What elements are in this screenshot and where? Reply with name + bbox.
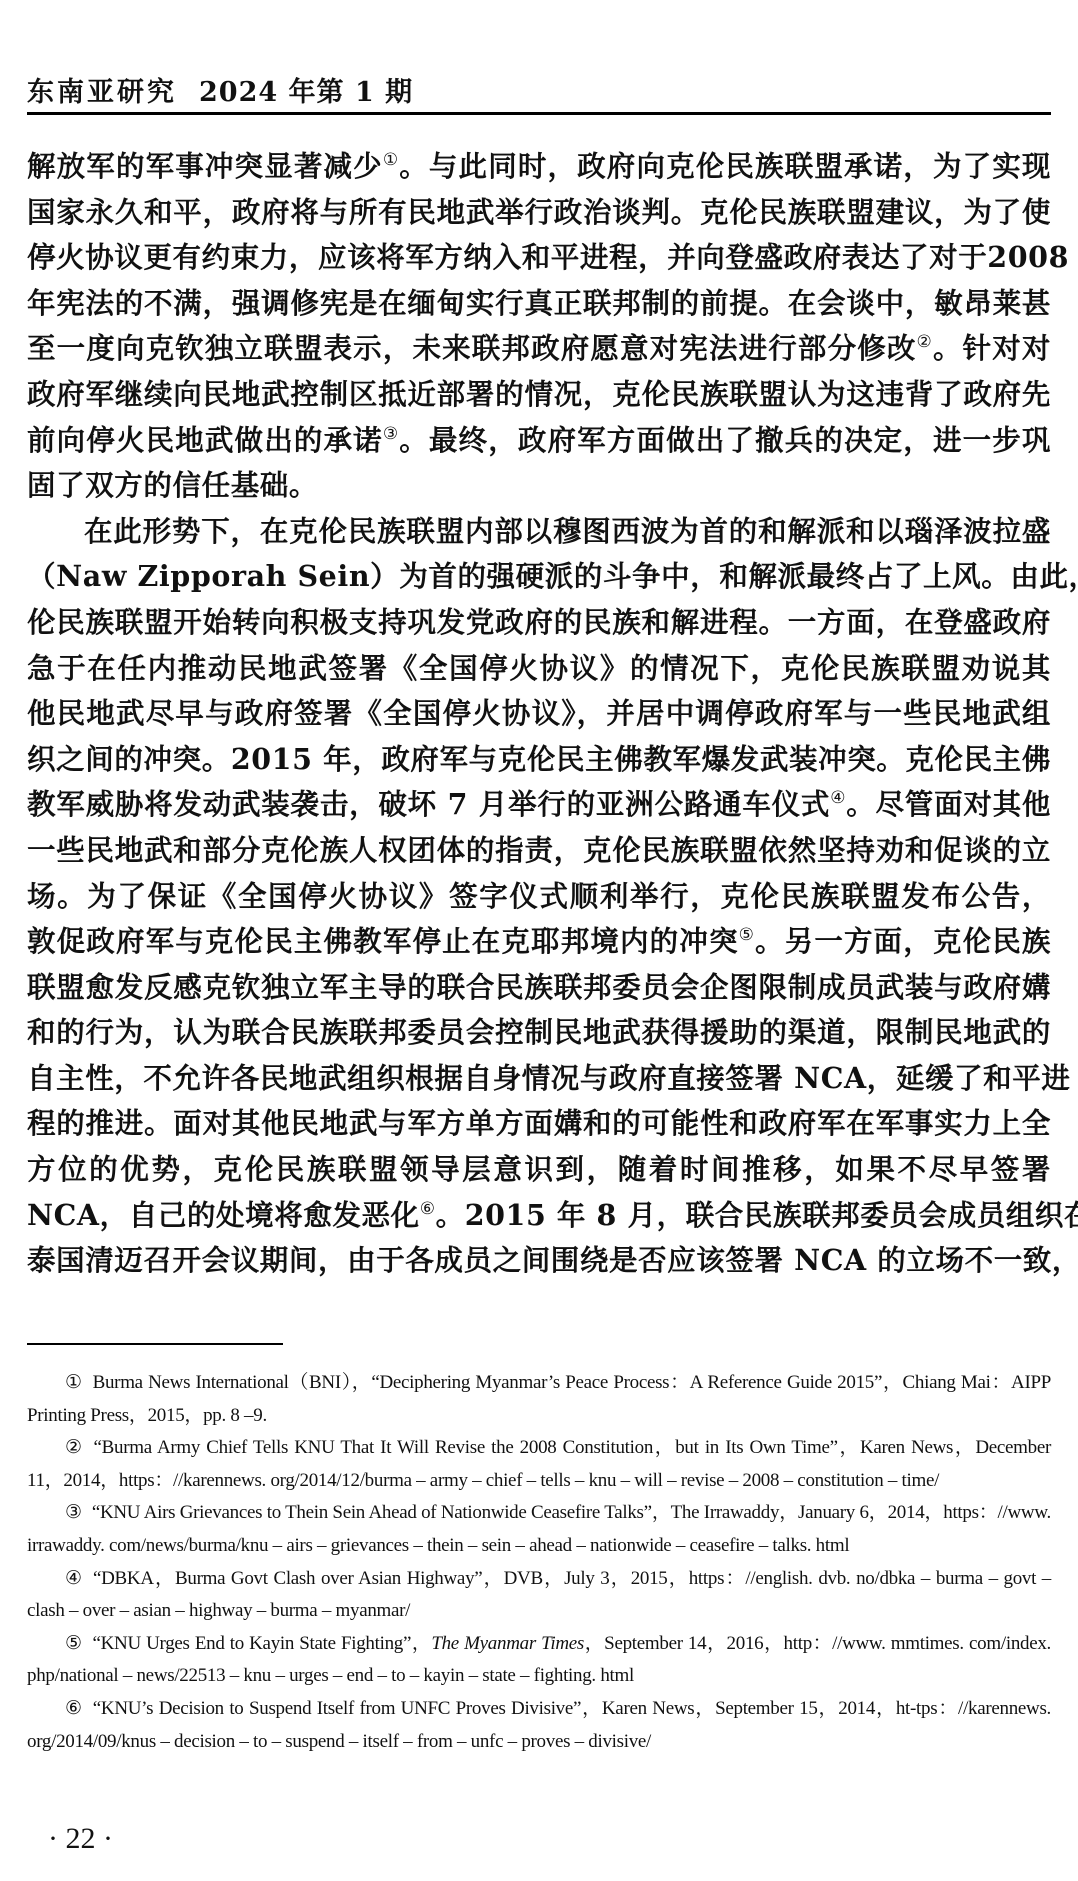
footnote-marker: ④: [65, 1568, 83, 1589]
journal-title: 东南亚研究: [27, 77, 177, 108]
footnote-marker: ⑤: [65, 1633, 83, 1654]
footnote-marker: ③: [65, 1502, 82, 1523]
text-line: 他民地武尽早与政府签署《全国停火协议》，并居中调停政府军与一些民地武组: [27, 691, 1051, 737]
text-line: 政府军继续向民地武控制区抵近部署的情况，克伦民族联盟认为这违背了政府先: [27, 372, 1051, 418]
text-line: 停火协议更有约束力，应该将军方纳入和平进程，并向登盛政府表达了对于2008: [27, 235, 1051, 281]
running-head: 东南亚研究2024 年第 1 期: [27, 70, 413, 109]
footnote-item: ③“KNU Airs Grievances to Thein Sein Ahea…: [27, 1497, 1051, 1562]
footnote-item: ⑤“KNU Urges End to Kayin State Fighting”…: [27, 1628, 1051, 1693]
footnote-text: “Burma Army Chief Tells KNU That It Will…: [27, 1437, 1051, 1491]
text-line: 敦促政府军与克伦民主佛教军停止在克耶邦境内的冲突⑤。另一方面，克伦民族: [27, 919, 1051, 965]
page-number: · 22 ·: [48, 1822, 113, 1856]
footnote-text: Burma News International（BNI），“Decipheri…: [27, 1372, 1051, 1426]
footnote-text: “KNU Urges End to Kayin State Fighting”，: [93, 1633, 432, 1654]
footnote-reference[interactable]: ⑥: [420, 1199, 436, 1219]
text-line: 自主性，不允许各民地武组织根据自身情况与政府直接签署 NCA，延缓了和平进: [27, 1056, 1051, 1102]
header-rule: [27, 112, 1051, 115]
text-line: 至一度向克钦独立联盟表示，未来联邦政府愿意对宪法进行部分修改②。针对对: [27, 326, 1051, 372]
text-line: 在此形势下，在克伦民族联盟内部以穆图西波为首的和解派和以瑙泽波拉盛: [27, 509, 1051, 555]
footnote-text: “DBKA，Burma Govt Clash over Asian Highwa…: [27, 1568, 1051, 1622]
footnote-reference[interactable]: ①: [383, 150, 399, 170]
footnote-item: ①Burma News International（BNI），“Decipher…: [27, 1367, 1051, 1432]
issue-label: 2024 年第 1 期: [199, 77, 413, 108]
text-line: 年宪法的不满，强调修宪是在缅甸实行真正联邦制的前提。在会谈中，敏昂莱甚: [27, 281, 1051, 327]
footnote-marker: ⑥: [65, 1698, 83, 1719]
text-line: 场。为了保证《全国停火协议》签字仪式顺利举行，克伦民族联盟发布公告，: [27, 874, 1051, 920]
body-paragraph: 在此形势下，在克伦民族联盟内部以穆图西波为首的和解派和以瑙泽波拉盛（Naw Zi…: [27, 509, 1051, 1284]
text-line: 一些民地武和部分克伦族人权团体的指责，克伦民族联盟依然坚持劝和促谈的立: [27, 828, 1051, 874]
text-line: 联盟愈发反感克钦独立军主导的联合民族联邦委员会企图限制成员武装与政府媾: [27, 965, 1051, 1011]
footnote-text: “KNU’s Decision to Suspend Itself from U…: [27, 1698, 1051, 1752]
footnote-reference[interactable]: ③: [383, 424, 399, 444]
text-line: 急于在任内推动民地武签署《全国停火协议》的情况下，克伦民族联盟劝说其: [27, 646, 1051, 692]
footnote-separator: [27, 1343, 283, 1345]
footnote-text: “KNU Airs Grievances to Thein Sein Ahead…: [27, 1502, 1051, 1556]
text-line: 前向停火民地武做出的承诺③。最终，政府军方面做出了撤兵的决定，进一步巩: [27, 418, 1051, 464]
body-paragraph: 解放军的军事冲突显著减少①。与此同时，政府向克伦民族联盟承诺，为了实现国家永久和…: [27, 144, 1051, 509]
text-line: （Naw Zipporah Sein）为首的强硬派的斗争中，和解派最终占了上风。…: [27, 554, 1051, 600]
text-line: 和的行为，认为联合民族联邦委员会控制民地武获得援助的渠道，限制民地武的: [27, 1010, 1051, 1056]
text-line: 方位的优势，克伦民族联盟领导层意识到，随着时间推移，如果不尽早签署: [27, 1147, 1051, 1193]
text-line: 解放军的军事冲突显著减少①。与此同时，政府向克伦民族联盟承诺，为了实现: [27, 144, 1051, 190]
text-line: 织之间的冲突。2015 年，政府军与克伦民主佛教军爆发武装冲突。克伦民主佛: [27, 737, 1051, 783]
footnote-item: ⑥“KNU’s Decision to Suspend Itself from …: [27, 1693, 1051, 1758]
text-line: 固了双方的信任基础。: [27, 463, 1051, 509]
text-line: 伦民族联盟开始转向积极支持巩发党政府的民族和解进程。一方面，在登盛政府: [27, 600, 1051, 646]
footnote-marker: ②: [65, 1437, 83, 1458]
body-text: 解放军的军事冲突显著减少①。与此同时，政府向克伦民族联盟承诺，为了实现国家永久和…: [27, 144, 1051, 1284]
text-line: 程的推进。面对其他民地武与军方单方面媾和的可能性和政府军在军事实力上全: [27, 1101, 1051, 1147]
footnote-reference[interactable]: ⑤: [739, 925, 755, 945]
text-line: 泰国清迈召开会议期间，由于各成员之间围绕是否应该签署 NCA 的立场不一致，: [27, 1238, 1051, 1284]
footnote-reference[interactable]: ④: [830, 788, 846, 808]
text-line: 国家永久和平，政府将与所有民地武举行政治谈判。克伦民族联盟建议，为了使: [27, 190, 1051, 236]
text-line: 教军威胁将发动武装袭击，破坏 7 月举行的亚洲公路通车仪式④。尽管面对其他: [27, 782, 1051, 828]
footnote-item: ②“Burma Army Chief Tells KNU That It Wil…: [27, 1432, 1051, 1497]
footnote-marker: ①: [65, 1372, 83, 1393]
footnote-item: ④“DBKA，Burma Govt Clash over Asian Highw…: [27, 1563, 1051, 1628]
footnotes: ①Burma News International（BNI），“Decipher…: [27, 1367, 1051, 1758]
footnote-reference[interactable]: ②: [917, 332, 933, 352]
text-line: NCA，自己的处境将愈发恶化⑥。2015 年 8 月，联合民族联邦委员会成员组织…: [27, 1193, 1051, 1239]
footnote-source-title: The Myanmar Times: [431, 1633, 584, 1654]
